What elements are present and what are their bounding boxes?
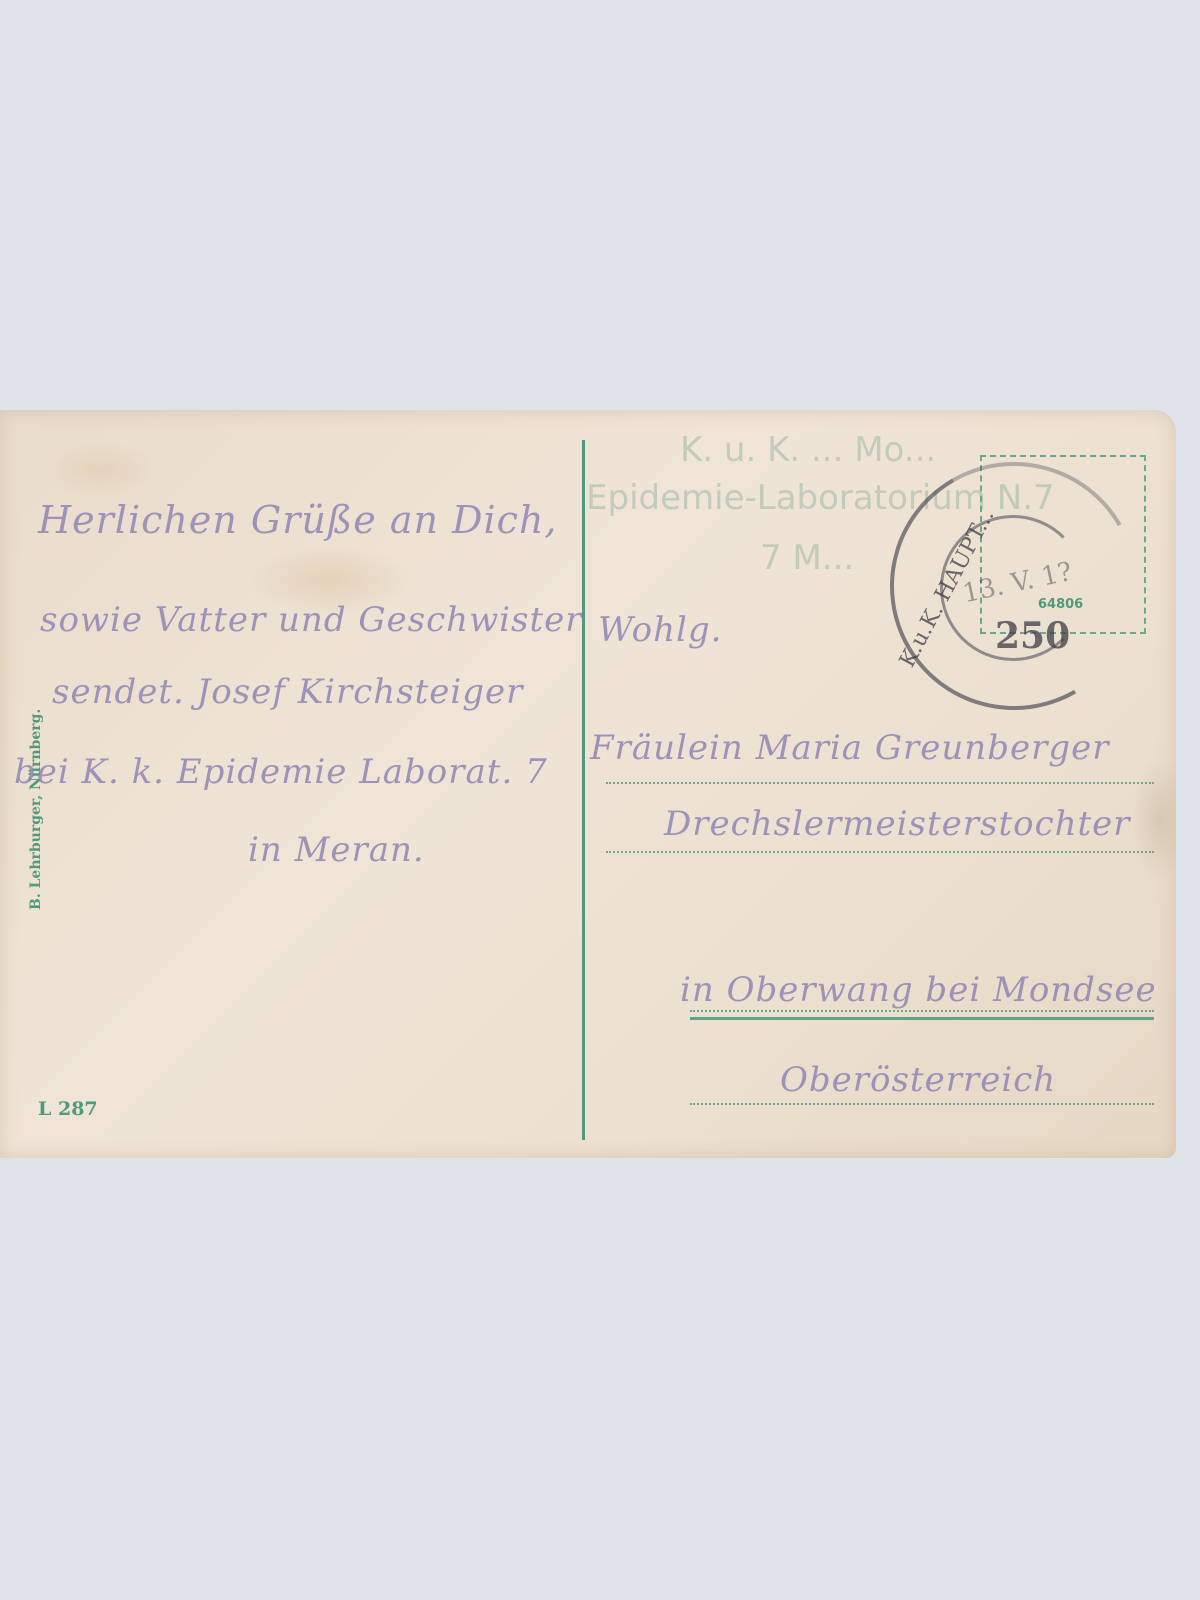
message-line-3: sendet. Josef Kirchsteiger	[52, 672, 523, 712]
address-salutation: Wohlg.	[598, 610, 722, 650]
postcard-back: Herlichen Grüße an Dich, sowie Vatter un…	[0, 410, 1176, 1158]
address-line-3: in Oberwang bei Mondsee	[680, 970, 1157, 1010]
cachet-line-1: K. u. K. ... Mo...	[680, 430, 936, 470]
address-line-1: Fräulein Maria Greunberger	[590, 728, 1109, 768]
address-rule-2	[606, 851, 1154, 853]
message-line-4: bei K. k. Epidemie Laborat. 7	[14, 752, 548, 792]
center-divider	[582, 440, 585, 1140]
series-number: L 287	[38, 1098, 98, 1120]
address-line-2: Drechslermeisterstochter	[664, 804, 1131, 844]
printer-imprint: B. Lehrburger, Nürnberg.	[28, 709, 44, 910]
message-line-5: in Meran.	[248, 830, 425, 870]
cachet-line-3: 7 M...	[760, 538, 854, 578]
address-rule-3-solid	[690, 1017, 1154, 1020]
message-line-2: sowie Vatter und Geschwister	[40, 600, 583, 640]
address-rule-3-dotted	[690, 1010, 1154, 1012]
postmark-number: 250	[995, 615, 1070, 657]
address-rule-1	[606, 782, 1154, 784]
address-rule-4	[690, 1103, 1154, 1105]
address-line-4: Oberösterreich	[780, 1060, 1056, 1100]
message-line-1: Herlichen Grüße an Dich,	[38, 498, 558, 542]
